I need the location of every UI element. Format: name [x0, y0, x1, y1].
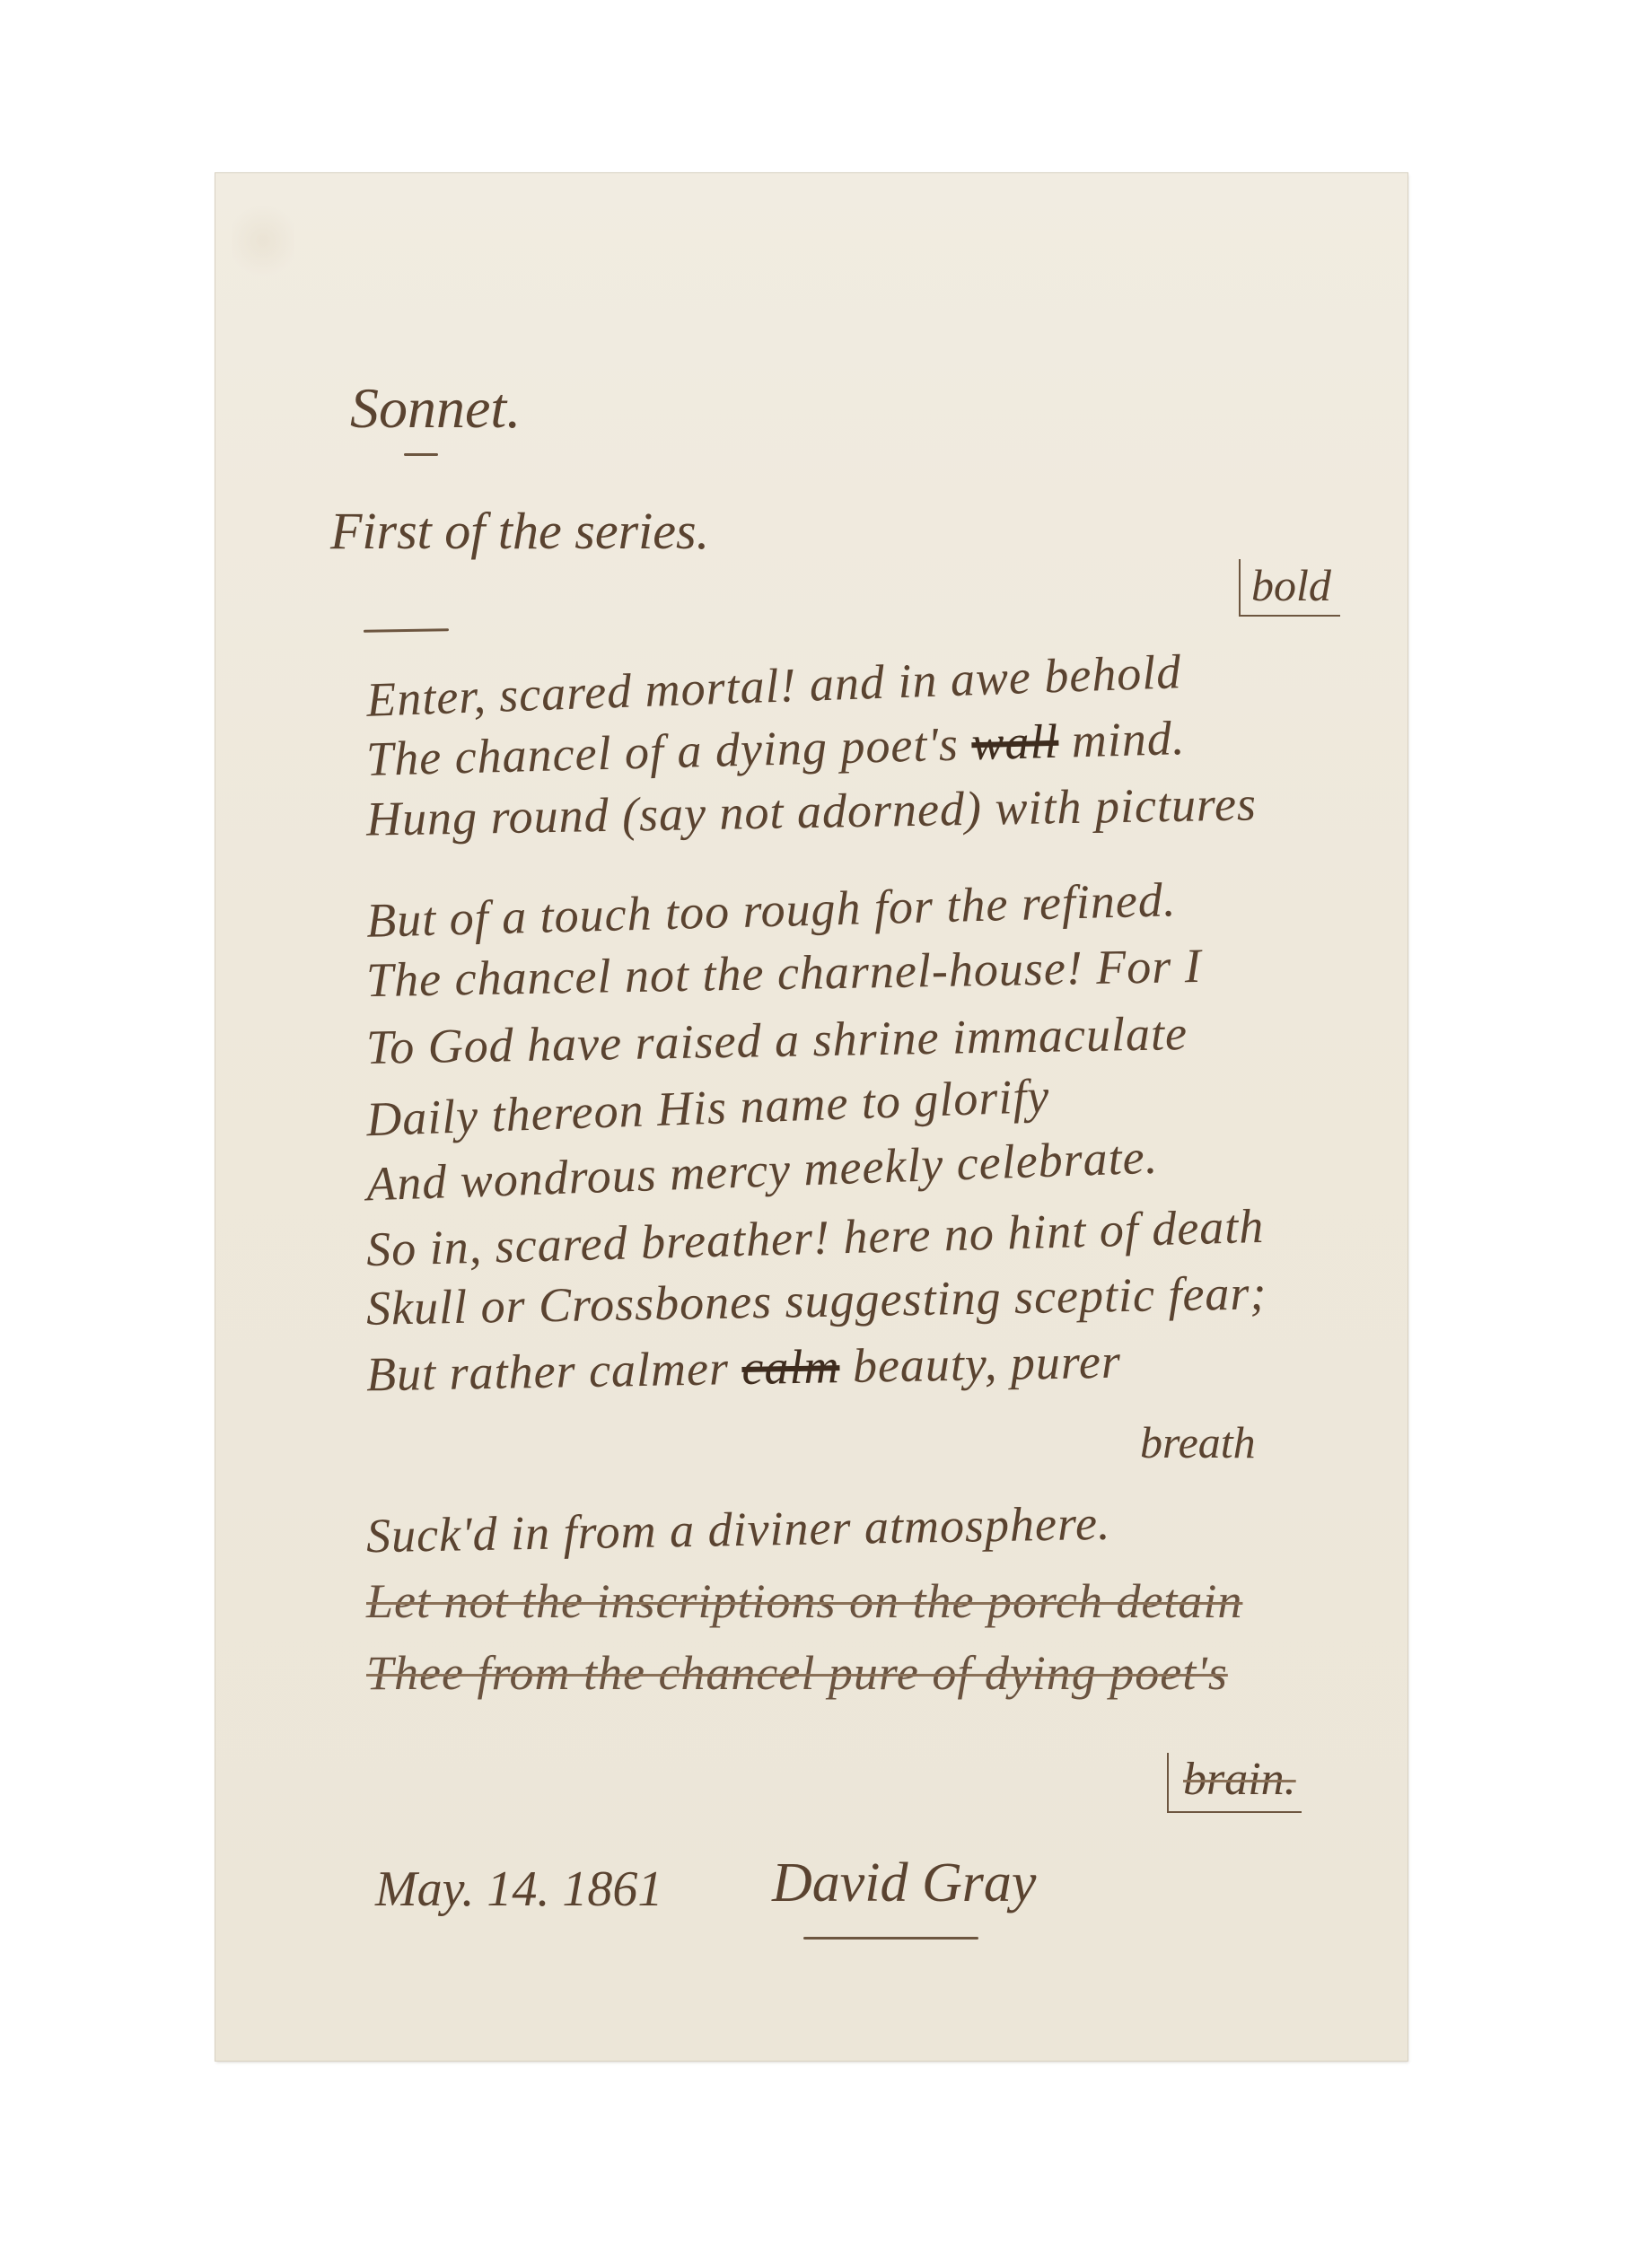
- poem-line-3: Hung round (say not adorned) with pictur…: [366, 775, 1258, 846]
- poem-line-12: Suck'd in from a diviner atmosphere.: [366, 1495, 1111, 1563]
- subtitle-underline: [364, 628, 449, 633]
- struck-word: calm: [741, 1339, 840, 1395]
- struck-word: wall: [971, 714, 1060, 771]
- brain-word: brain.: [1183, 1754, 1296, 1805]
- signature-underline: [803, 1937, 978, 1940]
- poem-line-5: The chancel not the charnel-house! For I: [366, 938, 1203, 1008]
- signature: David Gray: [772, 1852, 1036, 1915]
- poem-line-11: But rather calmer calm beauty, purer: [366, 1334, 1122, 1403]
- line-11-after: beauty, purer: [839, 1335, 1121, 1393]
- margin-note-bold: bold: [1239, 559, 1340, 617]
- poem-line-4: But of a touch too rough for the refined…: [365, 871, 1177, 949]
- poem-title: Sonnet.: [350, 375, 521, 442]
- poem-line-14-crossed: Thee from the chancel pure of dying poet…: [366, 1645, 1228, 1701]
- poem-line-9: So in, scared breather! here no hint of …: [365, 1198, 1265, 1277]
- title-underline: [404, 453, 438, 456]
- line-2-before: The chancel of a dying poet's: [365, 716, 972, 786]
- poem-line-10: Skull or Crossbones suggesting sceptic f…: [366, 1265, 1267, 1336]
- poem-subtitle: First of the series.: [330, 501, 709, 561]
- line-2-after: mind.: [1058, 711, 1187, 768]
- manuscript-page: Sonnet. First of the series. Enter, scar…: [215, 173, 1408, 2061]
- embossed-stamp: [232, 200, 294, 281]
- margin-note-brain: brain.: [1167, 1753, 1302, 1813]
- margin-note-breath: breath: [1140, 1416, 1256, 1468]
- poem-line-6: To God have raised a shrine immaculate: [366, 1005, 1188, 1075]
- line-11-before: But rather calmer: [366, 1341, 742, 1401]
- poem-line-13-crossed: Let not the inscriptions on the porch de…: [366, 1573, 1242, 1629]
- date: May. 14. 1861: [375, 1861, 662, 1918]
